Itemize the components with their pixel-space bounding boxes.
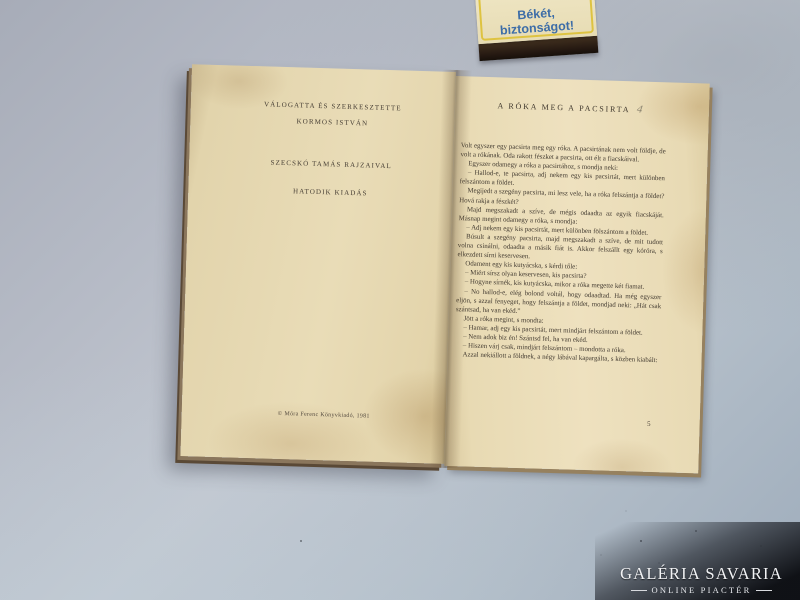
open-book: VÁLOGATTA ÉS SZERKESZTETTE KORMOS ISTVÁN…	[180, 56, 724, 490]
book-right-page: A RÓKA MEG A PACSIRTA 4 Volt egyszer egy…	[444, 76, 709, 473]
illustrator-credit: SZECSKÓ TAMÁS RAJZAIVAL	[213, 157, 449, 172]
copyright-line: © Móra Ferenc Könyvkiadó, 1981	[206, 409, 442, 422]
page-number: 5	[453, 414, 651, 428]
matchbox: Békét, biztonságot!	[475, 0, 599, 62]
backdrop-speckles	[300, 540, 302, 542]
story-text: Volt egyszer egy pacsirta meg egy róka. …	[454, 141, 665, 365]
marketplace-watermark: GALÉRIA SAVARIA ONLINE PIACTÉR	[595, 522, 800, 600]
watermark-tagline: ONLINE PIACTÉR	[631, 585, 773, 595]
book-left-page: VÁLOGATTA ÉS SZERKESZTETTE KORMOS ISTVÁN…	[180, 64, 456, 464]
edition-note: HATODIK KIADÁS	[212, 185, 448, 200]
editor-credit: VÁLOGATTA ÉS SZERKESZTETTE KORMOS ISTVÁN	[214, 95, 451, 134]
watermark-brand-name: GALÉRIA SAVARIA	[620, 564, 783, 584]
product-photo: VÁLOGATTA ÉS SZERKESZTETTE KORMOS ISTVÁN…	[0, 0, 800, 600]
